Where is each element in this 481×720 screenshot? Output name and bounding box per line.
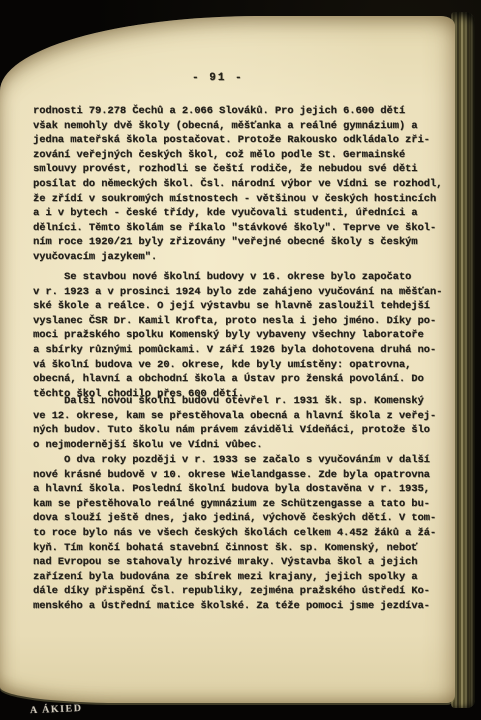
cover-text-fragment: A ÁKIED <box>30 703 83 716</box>
paragraph: Se stavbou nové školní budovy v 16. okre… <box>33 270 457 401</box>
book-page: - 91 - rodnosti 79.278 Čechů a 2.066 Slo… <box>0 16 455 703</box>
page-number: - 91 - <box>192 72 244 84</box>
paragraph: Další novou školní budovu otevřel r. 193… <box>33 394 457 452</box>
paragraph: rodnosti 79.278 Čechů a 2.066 Slováků. P… <box>33 104 457 265</box>
book-photo: - 91 - rodnosti 79.278 Čechů a 2.066 Slo… <box>0 0 481 720</box>
paragraph: O dva roky později v r. 1933 se začalo s… <box>33 453 457 614</box>
